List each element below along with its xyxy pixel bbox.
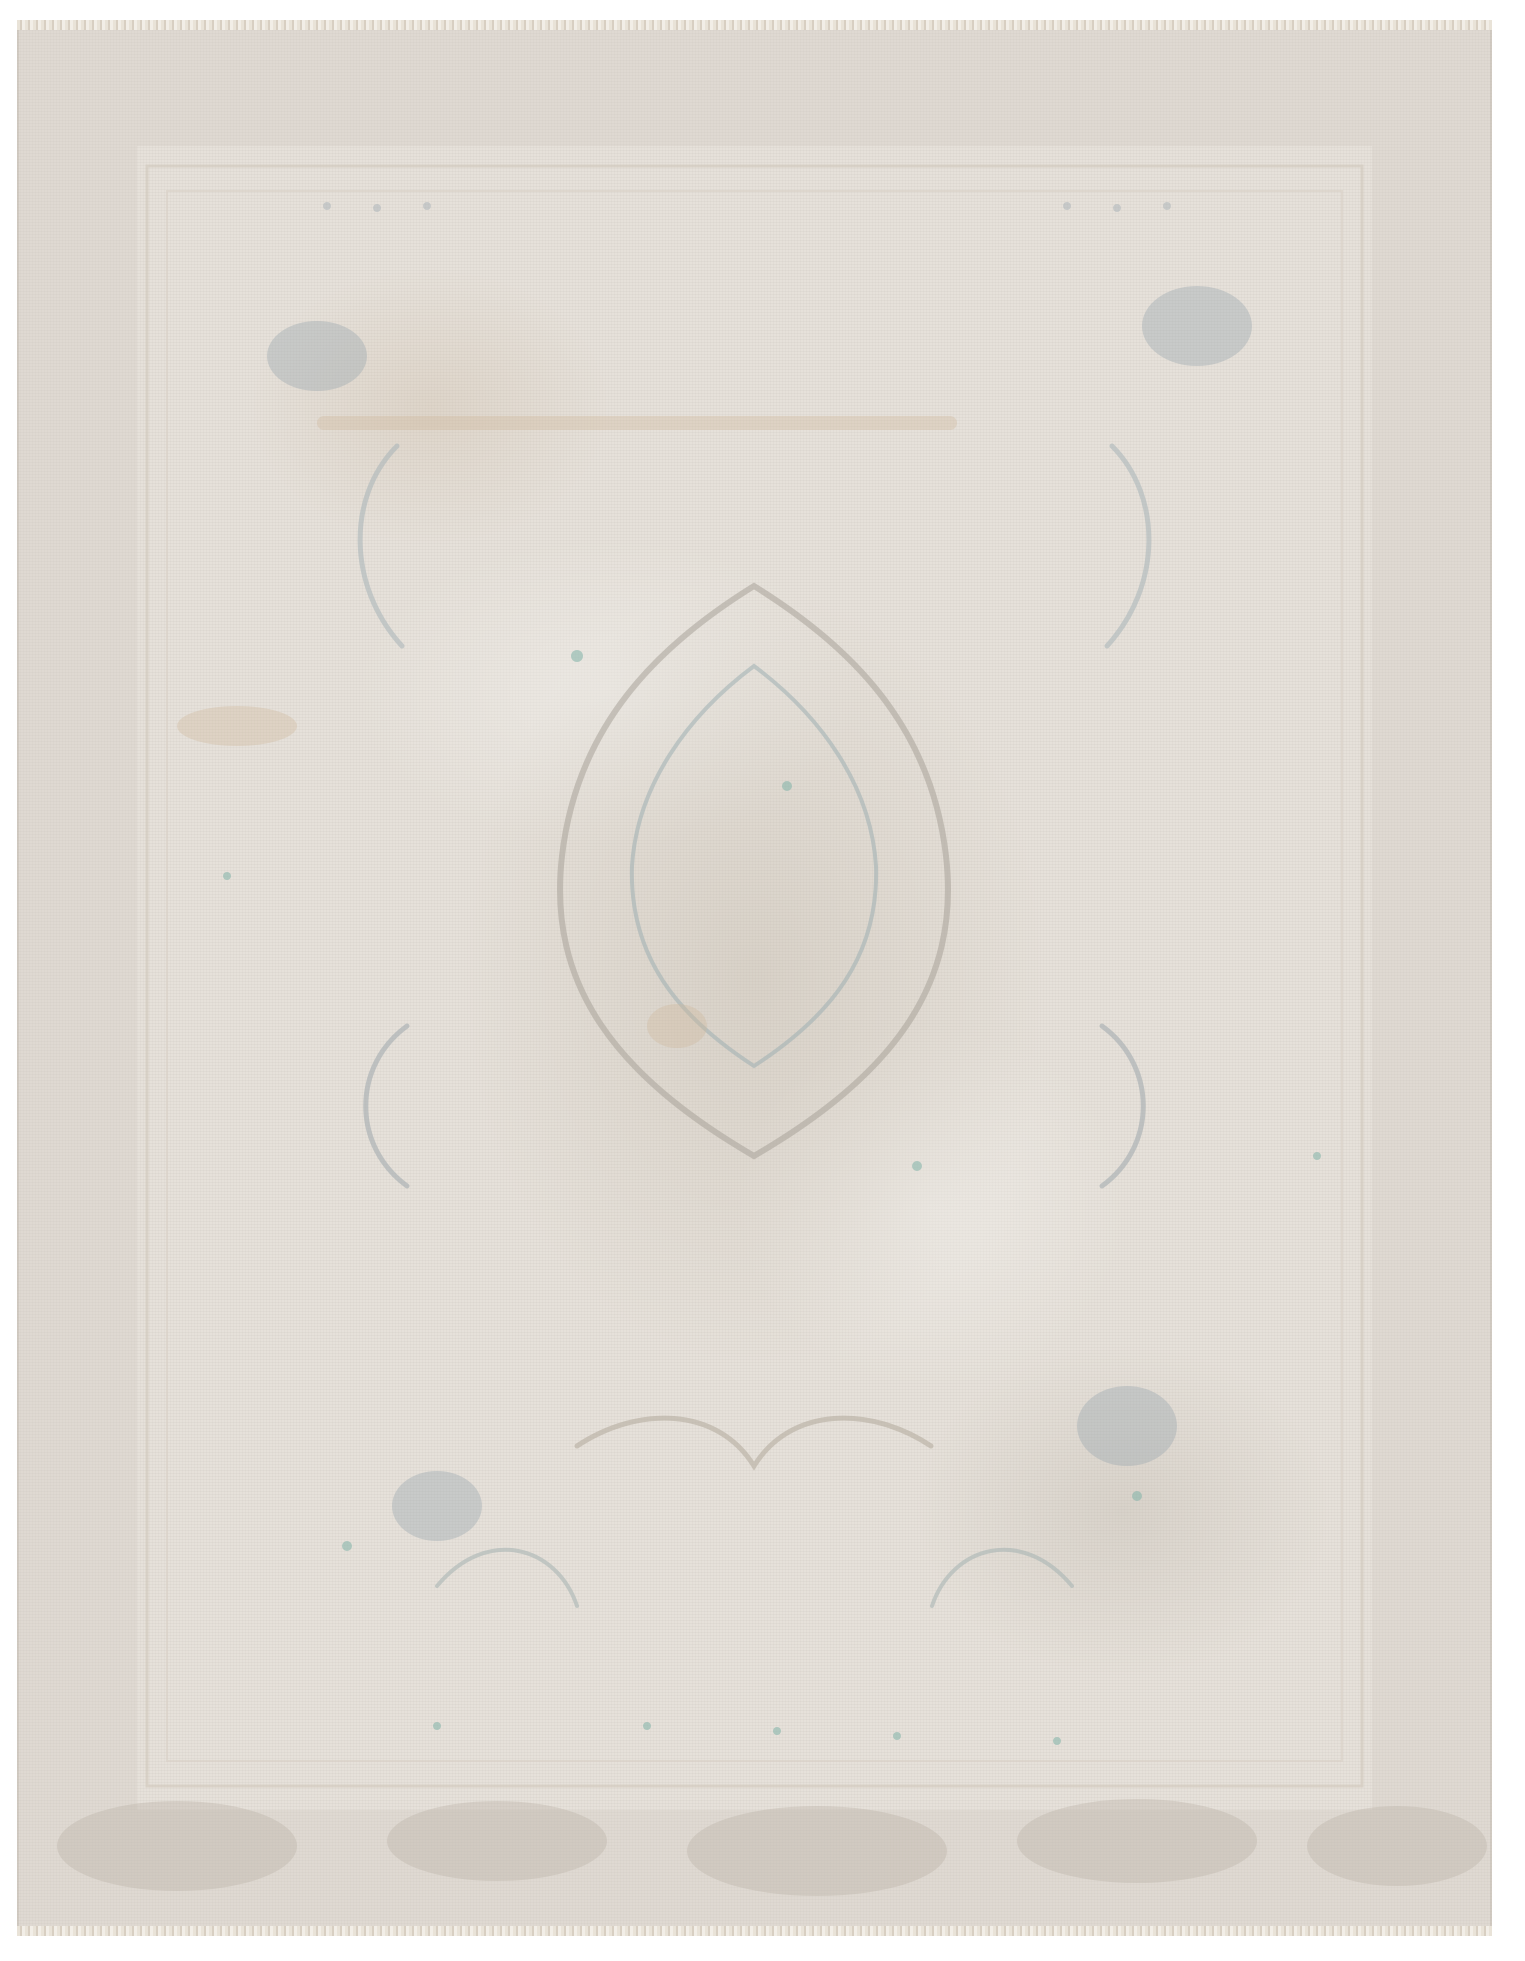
rug-pattern — [17, 26, 1492, 1930]
